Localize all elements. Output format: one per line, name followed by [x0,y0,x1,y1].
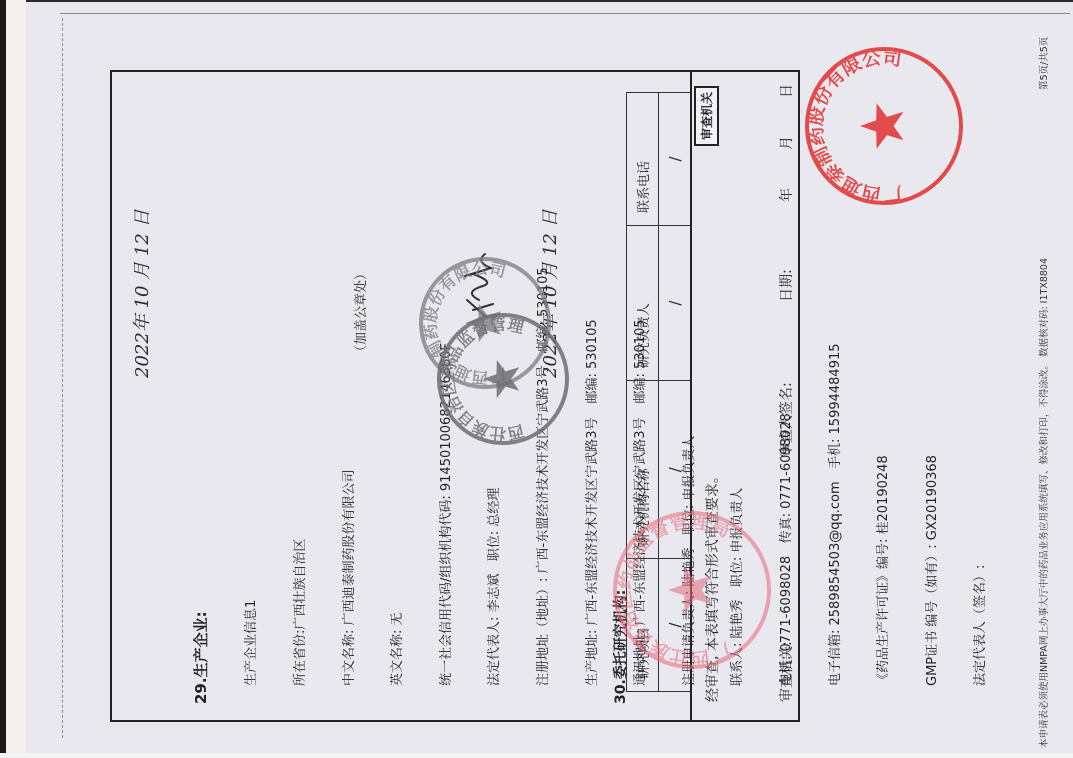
info-line: 法定代表人（签名）: [973,267,989,686]
header-contact-phone: 联系电话 [627,93,659,226]
regulator-seal-gray: 广西壮族自治区药品监督管理局 [436,312,570,446]
handwritten-date-top: 2022年 10 月 12 日 [128,209,154,378]
footer-note: 本申请表必须使用NMPA网上办事大厅中的药品业务应用系统填写、修改和打印，不得涂… [1036,8,1050,748]
info-line: 电子信箱: 2589854503@qq.com 手机: 15994484915 [828,267,844,686]
review-authority-tag: 审查机关 [694,86,719,146]
date-year: 年 [776,188,796,202]
date-day: 日 [776,84,796,98]
page-guide-line [60,13,1070,14]
svg-text:广西壮族自治区药品监督管理局: 广西壮族自治区药品监督管理局 [436,315,527,446]
seal-placement-note: （加盖公章处） [350,267,369,358]
document-page: 29.生产企业: 生产企业信息1 所在省份:广西壮族自治区 中文名称: 广西迪泰… [0,0,1073,758]
info-line: 生产企业信息1 [244,267,260,686]
page-guide-line [62,18,63,738]
company-seal-red: 广西迪泰制药股份有限公司 [804,46,964,206]
header-research-lead: 研究负责人 [627,225,659,380]
cell: / [659,93,691,226]
production-address: 生产地址: 广西-东盟经济技术开发区宁武路3号 [585,418,600,686]
info-line: 生产地址: 广西-东盟经济技术开发区宁武路3号邮编: 530105 [585,267,601,686]
zip-code: 邮编: 530105 [585,319,601,403]
review-date-label: 日期: [776,269,796,302]
review-authority-seal-red: 广西壮族自治区药品监督管理局 [612,510,772,670]
page-number: 第5页/共5页 [1036,37,1050,90]
info-line: 所在省份:广西壮族自治区 [293,267,309,686]
section-29-title: 29.生产企业: [190,611,211,704]
info-line: 《药品生产许可证》编号: 桂20190248 [876,267,892,686]
cell: / [659,225,691,380]
reviewer-signature-label: 审查人签名: [776,382,796,457]
info-line: 英文名称: 无 [390,267,406,686]
info-line: GMP证书 编号（如有）: GX20190368 [925,267,941,686]
date-month: 月 [776,136,796,150]
review-authority-label: 审查机关: [776,641,796,702]
